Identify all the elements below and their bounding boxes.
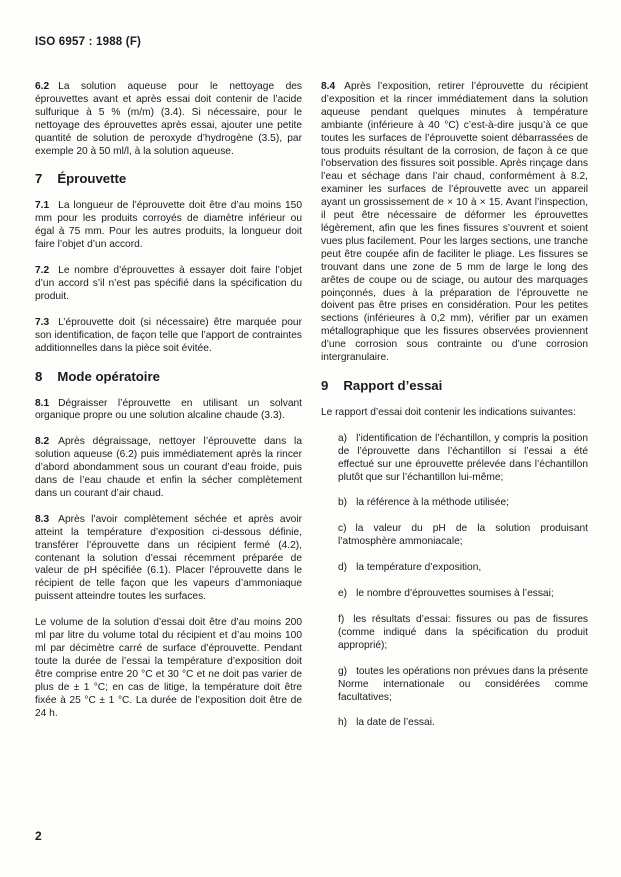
clause-7-2: 7.2Le nombre d’éprouvettes à essayer doi… bbox=[35, 265, 302, 304]
section-number: 9 bbox=[321, 378, 328, 393]
list-label: g) bbox=[338, 666, 347, 677]
list-item-c: c)la valeur du pH de la solution produis… bbox=[338, 523, 588, 549]
clause-number: 6.2 bbox=[35, 81, 49, 92]
section-title: Mode opératoire bbox=[57, 369, 160, 384]
clause-8-2: 8.2Après dégraissage, nettoyer l’éprouve… bbox=[35, 436, 302, 501]
clause-text: La longueur de l’éprouvette doit être d’… bbox=[35, 200, 302, 250]
clause-text: Le nombre d’éprouvettes à essayer doit f… bbox=[35, 265, 302, 302]
list-item-f: f)les résultats d’essai: fissures ou pas… bbox=[338, 614, 588, 653]
clause-8-3: 8.3Après l’avoir complètement séchée et … bbox=[35, 514, 302, 604]
clause-number: 7.3 bbox=[35, 317, 49, 328]
clause-number: 8.2 bbox=[35, 436, 49, 447]
list-text: les résultats d’essai: fissures ou pas d… bbox=[338, 614, 588, 651]
document-reference: ISO 6957 : 1988 (F) bbox=[35, 36, 588, 48]
clause-7-1: 7.1La longueur de l’éprouvette doit être… bbox=[35, 200, 302, 252]
list-label: h) bbox=[338, 717, 347, 728]
clause-8-1: 8.1Dégraisser l’éprouvette en utilisant … bbox=[35, 398, 302, 424]
list-label: b) bbox=[338, 497, 347, 508]
list-item-d: d)la température d’exposition, bbox=[338, 562, 588, 575]
list-text: la date de l’essai. bbox=[356, 717, 435, 728]
clause-number: 8.1 bbox=[35, 398, 49, 409]
list-label: e) bbox=[338, 588, 347, 599]
list-item-a: a)l’identification de l’échantillon, y c… bbox=[338, 433, 588, 485]
list-label: d) bbox=[338, 562, 347, 573]
page-number: 2 bbox=[35, 829, 42, 843]
list-text: toutes les opérations non prévues dans l… bbox=[338, 666, 588, 703]
clause-text: Après l’exposition, retirer l’éprouvette… bbox=[321, 81, 588, 363]
clause-6-2: 6.2La solution aqueuse pour le nettoyage… bbox=[35, 81, 302, 158]
list-item-h: h)la date de l’essai. bbox=[338, 717, 588, 730]
clause-number: 7.2 bbox=[35, 265, 49, 276]
list-text: l’identification de l’échantillon, y com… bbox=[338, 433, 588, 483]
section-heading-8: 8Mode opératoire bbox=[35, 369, 302, 384]
clause-7-3: 7.3L’éprouvette doit (si nécessaire) êtr… bbox=[35, 317, 302, 356]
clause-text: La solution aqueuse pour le nettoyage de… bbox=[35, 81, 302, 157]
section-title: Éprouvette bbox=[57, 171, 126, 186]
list-item-g: g)toutes les opérations non prévues dans… bbox=[338, 666, 588, 705]
list-item-e: e)le nombre d’éprouvettes soumises à l’e… bbox=[338, 588, 588, 601]
clause-text: Après l’avoir complètement séchée et apr… bbox=[35, 514, 302, 602]
list-text: le nombre d’éprouvettes soumises à l’ess… bbox=[356, 588, 554, 599]
report-intro: Le rapport d’essai doit contenir les ind… bbox=[321, 407, 588, 420]
clause-number: 7.1 bbox=[35, 200, 49, 211]
clause-8-4: 8.4Après l’exposition, retirer l’éprouve… bbox=[321, 81, 588, 365]
list-label: a) bbox=[338, 433, 347, 444]
list-item-b: b)la référence à la méthode utilisée; bbox=[338, 497, 588, 510]
section-heading-7: 7Éprouvette bbox=[35, 171, 302, 186]
document-page: ISO 6957 : 1988 (F) 6.2La solution aqueu… bbox=[0, 0, 621, 877]
section-number: 8 bbox=[35, 369, 42, 384]
section-heading-9: 9Rapport d’essai bbox=[321, 378, 588, 393]
section-title: Rapport d’essai bbox=[343, 378, 442, 393]
list-text: la référence à la méthode utilisée; bbox=[356, 497, 509, 508]
left-column: 6.2La solution aqueuse pour le nettoyage… bbox=[35, 81, 302, 743]
clause-number: 8.3 bbox=[35, 514, 49, 525]
paragraph-volume: Le volume de la solution d’essai doit êt… bbox=[35, 617, 302, 720]
clause-text: Après dégraissage, nettoyer l’éprouvette… bbox=[35, 436, 302, 499]
list-text: la température d’exposition, bbox=[356, 562, 481, 573]
right-column: 8.4Après l’exposition, retirer l’éprouve… bbox=[321, 81, 588, 743]
clause-text: L’éprouvette doit (si nécessaire) être m… bbox=[35, 317, 302, 354]
list-text: la valeur du pH de la solution produisan… bbox=[338, 523, 588, 547]
clause-number: 8.4 bbox=[321, 81, 335, 92]
section-number: 7 bbox=[35, 171, 42, 186]
list-label: f) bbox=[338, 614, 344, 625]
two-column-body: 6.2La solution aqueuse pour le nettoyage… bbox=[35, 81, 588, 743]
list-label: c) bbox=[338, 523, 347, 534]
clause-text: Dégraisser l’éprouvette en utilisant un … bbox=[35, 398, 302, 422]
